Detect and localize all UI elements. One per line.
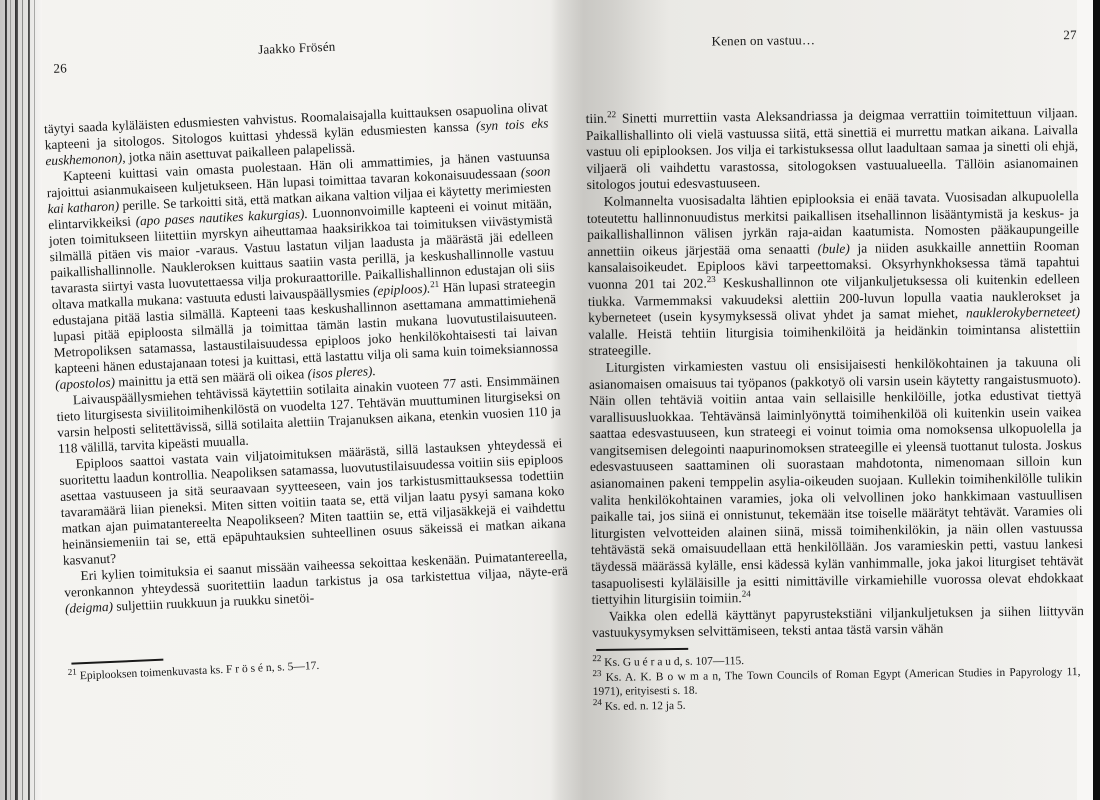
running-header-right: Kenen on vastuu… <box>585 31 942 51</box>
paragraph: Kapteeni kuittasi vain omasta puolestaan… <box>46 147 559 393</box>
scanned-book-spread: { "left_page": { "page_number": "26", "r… <box>0 0 1100 800</box>
right-running-head-row: Kenen on vastuu… 27 <box>585 27 1081 63</box>
paragraph: tiin.22 Sinetti murrettiin vasta Aleksan… <box>586 105 1079 194</box>
footnote: 21 Epiplooksen toimenkuvasta ks. F r ö s… <box>68 651 498 684</box>
paragraph: Vaikka olen edellä käyttänyt papyrusteks… <box>592 603 1084 642</box>
footnote-separator-left <box>71 659 163 665</box>
scan-left-edge-artifact <box>0 0 42 800</box>
page-number-right: 27 <box>1063 27 1077 43</box>
paragraph: Epiploos saattoi vastata vain viljatoimi… <box>58 435 566 569</box>
paragraph: Liturgisten virkamiesten vastuu oli ensi… <box>589 354 1084 609</box>
footnote-separator-right <box>596 648 688 651</box>
right-page: Kenen on vastuu… 27 tiin.22 Sinetti murr… <box>588 30 1084 794</box>
right-page-footnotes: 22 Ks. G u é r a u d, s. 107—115.23 Ks. … <box>592 643 1081 714</box>
left-page-body-text: täytyi saada kyläläisten edusmiesten vah… <box>44 99 569 617</box>
paragraph: Kolmannelta vuosisadalta lähtien epiploo… <box>587 188 1081 360</box>
left-page: 26 Jaakko Frösén täytyi saada kyläläiste… <box>52 38 564 790</box>
footnote-list-left: 21 Epiplooksen toimenkuvasta ks. F r ö s… <box>68 651 498 684</box>
footnote-list-right: 22 Ks. G u é r a u d, s. 107—115.23 Ks. … <box>592 650 1081 714</box>
left-page-footnotes: 21 Epiplooksen toimenkuvasta ks. F r ö s… <box>67 644 498 684</box>
right-page-body-text: tiin.22 Sinetti murrettiin vasta Aleksan… <box>586 105 1084 642</box>
scan-right-edge-bar <box>1093 0 1100 800</box>
